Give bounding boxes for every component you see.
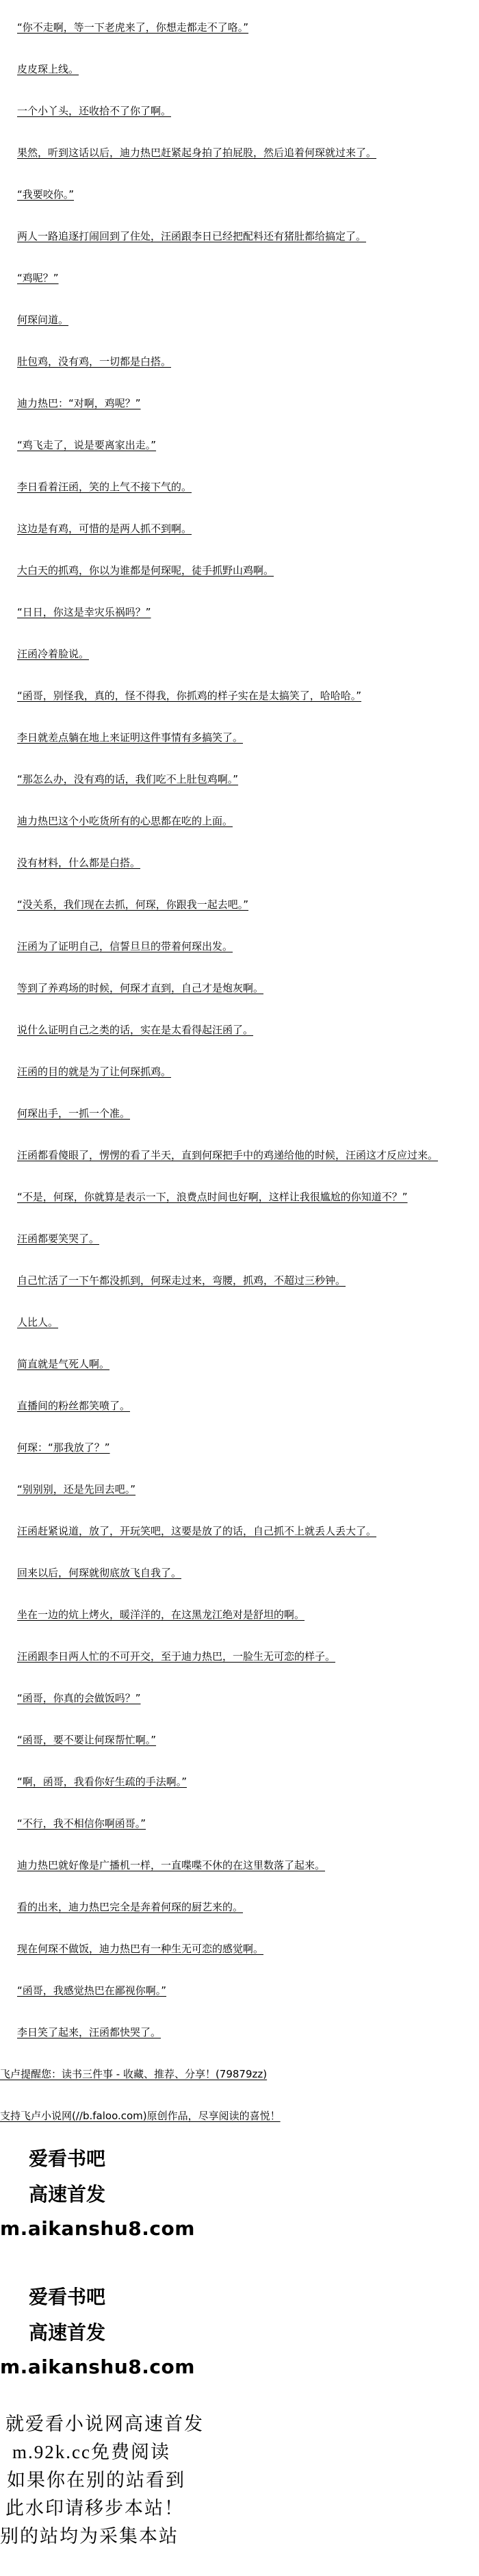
story-paragraph: “不行，我不相信你啊函哥。” [0,1815,440,1833]
watermark-line: m.92k.cc免费阅读 [0,2438,479,2466]
story-paragraph: 回来以后，何琛就彻底放飞自我了。 [0,1564,440,1582]
story-paragraph: “没关系，我们现在去抓，何琛，你跟我一起去吧。” [0,896,440,914]
story-paragraph: 肚包鸡，没有鸡，一切都是白搭。 [0,353,440,371]
watermark-line: 此水印请移步本站！ [0,2495,479,2523]
story-paragraph: 迪力热巴就好像是广播机一样，一直喋喋不休的在这里数落了起来。 [0,1856,440,1875]
story-paragraph: 李日看着汪函，笑的上气不接下气的。 [0,478,440,496]
story-paragraph: 汪函都要笑哭了。 [0,1230,440,1248]
story-paragraph: 两人一路追逐打闹回到了住处，汪函跟李日已经把配料还有猪肚都给搞定了。 [0,227,440,246]
story-paragraph: “不是，何琛，你就算是表示一下，浪费点时间也好啊，这样让我很尴尬的你知道不？” [0,1188,440,1207]
promo-tagline: 高速首发 [0,2323,479,2343]
story-paragraph: 皮皮琛上线。 [0,60,440,79]
watermark-line: 别的站均为采集本站 [0,2523,479,2551]
faloo-reminder-note: 飞卢提醒您：读书三件事 - 收藏、推荐、分享！(79879zz) [0,2065,440,2084]
watermark-block: 就爱看小说网高速首发 m.92k.cc免费阅读 如果你在别的站看到 此水印请移步… [0,2410,479,2551]
promo-block: 爱看书吧 高速首发 m.aikanshu8.com [0,2149,479,2238]
story-paragraph: 这边是有鸡，可惜的是两人抓不到啊。 [0,520,440,538]
story-paragraph: 何琛：“那我放了？” [0,1439,440,1457]
story-paragraph: 汪函为了证明自己，信誓旦旦的带着何琛出发。 [0,937,440,956]
story-paragraph: 现在何琛不做饭，迪力热巴有一种生无可恋的感觉啊。 [0,1940,440,1958]
story-paragraph: 简直就是气死人啊。 [0,1355,440,1374]
promo-tagline: 高速首发 [0,2184,479,2205]
story-paragraph: “别别别，还是先回去吧。” [0,1480,440,1499]
story-paragraph: 迪力热巴这个小吃货所有的心思都在吃的上面。 [0,812,440,831]
story-paragraph: 没有材料，什么都是白搭。 [0,854,440,872]
story-paragraph: 大白天的抓鸡，你以为谁都是何琛呢，徒手抓野山鸡啊。 [0,561,440,580]
story-paragraph: 汪函冷着脸说。 [0,645,440,664]
promo-site-name: 爱看书吧 [0,2149,479,2169]
story-paragraph: “你不走啊，等一下老虎来了，你想走都走不了咯。” [0,18,440,37]
story-paragraph: “函哥，我感觉热巴在鄙视你啊。” [0,1982,440,2000]
story-paragraph: 自己忙活了一下午都没抓到，何琛走过来，弯腰，抓鸡，不超过三秒钟。 [0,1272,440,1290]
story-paragraph: “啊，函哥，我看你好生疏的手法啊。” [0,1773,440,1791]
story-paragraph: 迪力热巴：“对啊，鸡呢？” [0,394,440,413]
promo-site-name: 爱看书吧 [0,2287,479,2308]
promo-site-url: m.aikanshu8.com [0,2220,479,2238]
story-paragraph: 汪函赶紧说道，放了，开玩笑吧，这要是放了的话，自己抓不上就丢人丢大了。 [0,1522,440,1541]
story-paragraph: 坐在一边的炕上烤火，暖洋洋的，在这黑龙江绝对是舒坦的啊。 [0,1606,440,1624]
story-paragraph: “日日，你这是幸灾乐祸吗？” [0,603,440,622]
story-paragraph: 汪函的目的就是为了让何琛抓鸡。 [0,1063,440,1081]
story-paragraph: “鸡呢？” [0,269,440,288]
story-paragraph: 等到了养鸡场的时候，何琛才直到，自己才是炮灰啊。 [0,979,440,998]
story-paragraph: “函哥，别怪我，真的，怪不得我，你抓鸡的样子实在是太搞笑了，哈哈哈。” [0,687,440,705]
story-paragraph: 李日就差点躺在地上来证明这件事情有多搞笑了。 [0,729,440,747]
story-paragraph: 一个小丫头，还收拾不了你了啊。 [0,102,440,121]
watermark-line: 就爱看小说网高速首发 [0,2410,479,2438]
chapter-text-content: “你不走啊，等一下老虎来了，你想走都走不了咯。” 皮皮琛上线。 一个小丫头，还收… [0,0,479,2551]
watermark-line: 如果你在别的站看到 [0,2466,479,2495]
faloo-support-note: 支持飞卢小说网(//b.faloo.com)原创作品，尽享阅读的喜悦！ [0,2107,440,2125]
story-paragraph: 李日笑了起来，汪函都快哭了。 [0,2023,440,2042]
story-paragraph: “函哥，要不要让何琛帮忙啊。” [0,1731,440,1750]
story-paragraph: 直播间的粉丝都笑喷了。 [0,1397,440,1415]
story-paragraph: 人比人。 [0,1313,440,1332]
story-paragraph: 说什么证明自己之类的话，实在是太看得起汪函了。 [0,1021,440,1039]
story-paragraph: 汪函都看傻眼了，愣愣的看了半天，直到何琛把手中的鸡递给他的时候，汪函这才反应过来… [0,1146,440,1165]
story-paragraph: “鸡飞走了，说是要离家出走。” [0,436,440,455]
story-paragraph: 汪函跟李日两人忙的不可开交，至于迪力热巴，一脸生无可恋的样子。 [0,1647,440,1666]
story-paragraph: “我要咬你。” [0,186,440,204]
promo-block: 爱看书吧 高速首发 m.aikanshu8.com [0,2287,479,2376]
story-paragraph: 果然，听到这话以后，迪力热巴赶紧起身拍了拍屁股，然后追着何琛就过来了。 [0,144,440,162]
story-paragraph: 何琛问道。 [0,311,440,329]
story-paragraph: “函哥，你真的会做饭吗？” [0,1689,440,1708]
promo-site-url: m.aikanshu8.com [0,2358,479,2376]
story-paragraph: 看的出来，迪力热巴完全是奔着何琛的厨艺来的。 [0,1898,440,1917]
story-paragraph: “那怎么办，没有鸡的话，我们吃不上肚包鸡啊。” [0,770,440,789]
story-paragraph: 何琛出手，一抓一个准。 [0,1104,440,1123]
novel-reader-page: { "page": { "background": "#ffffff", "te… [0,0,479,2576]
